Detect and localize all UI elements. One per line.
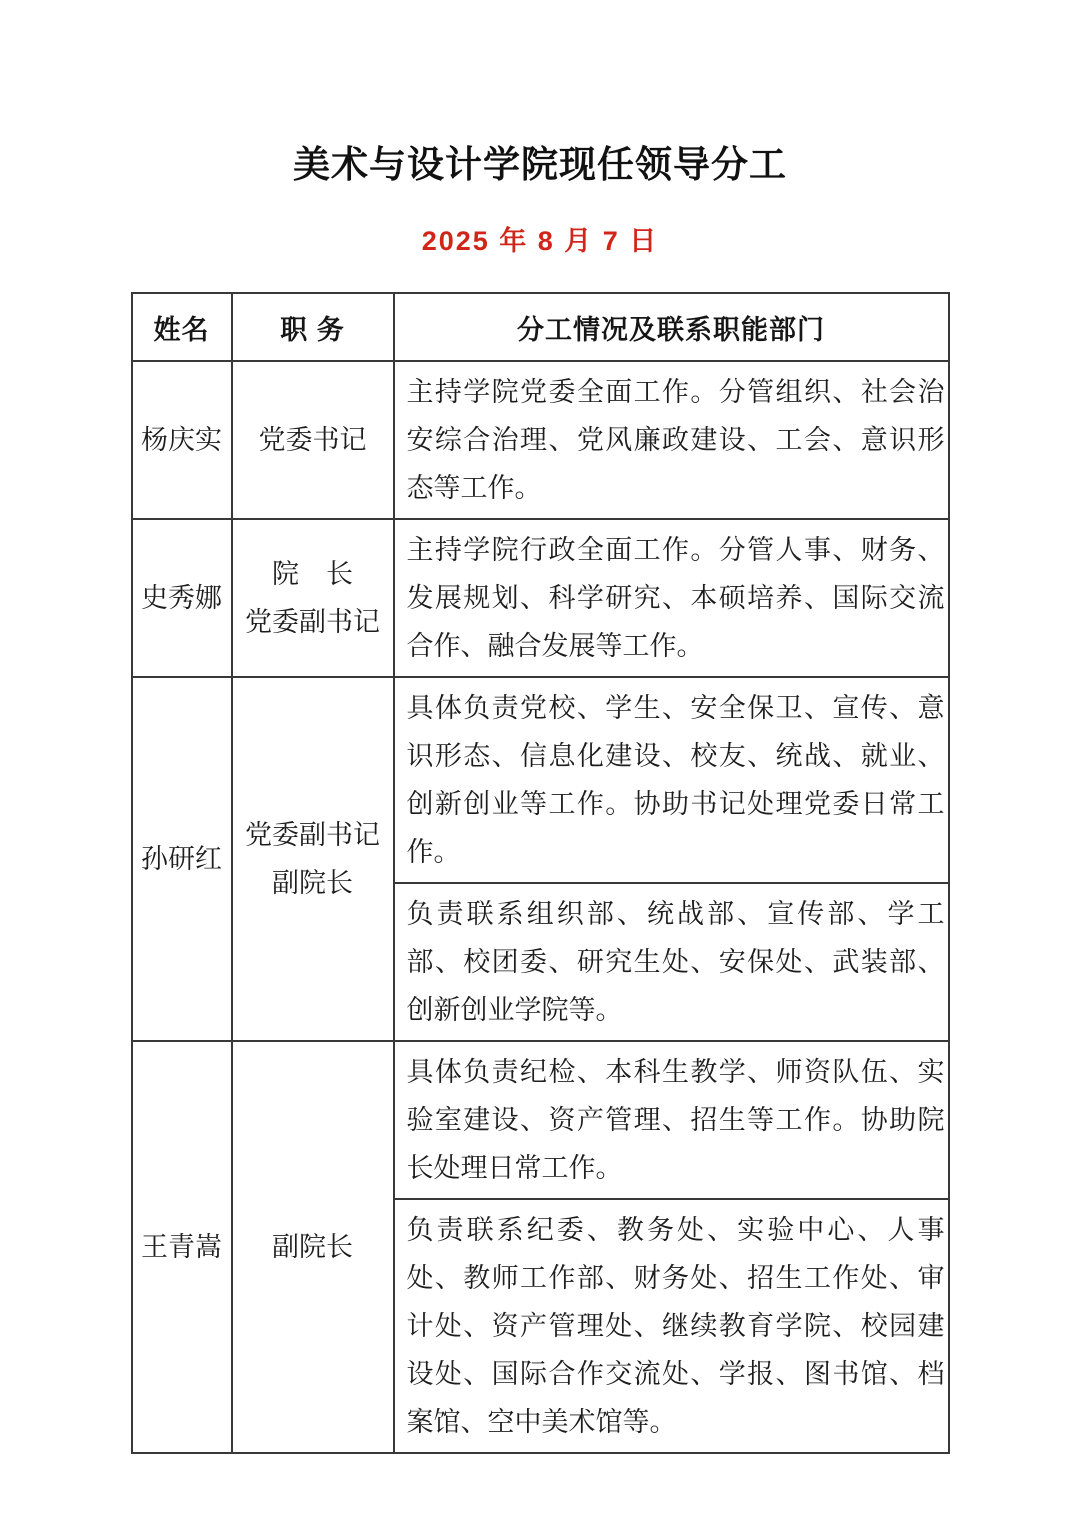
position-line: 副院长 [233, 1223, 393, 1271]
position-cell: 副院长 [232, 1041, 394, 1453]
duty-cell: 主持学院党委全面工作。分管组织、社会治安综合治理、党风廉政建设、工会、意识形态等… [394, 361, 949, 519]
position-line: 党委副书记 [233, 811, 393, 859]
duty-cell: 具体负责党校、学生、安全保卫、宣传、意识形态、信息化建设、校友、统战、就业、创新… [394, 677, 949, 883]
page-title: 美术与设计学院现任领导分工 [0, 0, 1080, 188]
position-line: 副院长 [233, 859, 393, 907]
position-cell: 院 长 党委副书记 [232, 519, 394, 677]
duty-cell: 负责联系组织部、统战部、宣传部、学工部、校团委、研究生处、安保处、武装部、创新创… [394, 883, 949, 1041]
table-row: 史秀娜 院 长 党委副书记 主持学院行政全面工作。分管人事、财务、发展规划、科学… [132, 519, 949, 677]
header-position: 职 务 [232, 293, 394, 361]
leadership-table: 姓名 职 务 分工情况及联系职能部门 杨庆实 党委书记 主持学院党委全面工作。分… [131, 292, 950, 1454]
table-row: 杨庆实 党委书记 主持学院党委全面工作。分管组织、社会治安综合治理、党风廉政建设… [132, 361, 949, 519]
name-cell: 孙研红 [132, 677, 232, 1041]
position-line: 党委副书记 [233, 598, 393, 646]
position-line: 院 长 [233, 550, 393, 598]
name-cell: 杨庆实 [132, 361, 232, 519]
duty-cell: 具体负责纪检、本科生教学、师资队伍、实验室建设、资产管理、招生等工作。协助院长处… [394, 1041, 949, 1199]
name-cell: 王青嵩 [132, 1041, 232, 1453]
position-cell: 党委书记 [232, 361, 394, 519]
position-cell: 党委副书记 副院长 [232, 677, 394, 1041]
duty-cell: 主持学院行政全面工作。分管人事、财务、发展规划、科学研究、本硕培养、国际交流合作… [394, 519, 949, 677]
header-name: 姓名 [132, 293, 232, 361]
table-header-row: 姓名 职 务 分工情况及联系职能部门 [132, 293, 949, 361]
date-label: 2025 年 8 月 7 日 [0, 219, 1080, 258]
position-line: 党委书记 [233, 416, 393, 464]
name-cell: 史秀娜 [132, 519, 232, 677]
duty-cell: 负责联系纪委、教务处、实验中心、人事处、教师工作部、财务处、招生工作处、审计处、… [394, 1199, 949, 1453]
header-duty: 分工情况及联系职能部门 [394, 293, 949, 361]
table-row: 王青嵩 副院长 具体负责纪检、本科生教学、师资队伍、实验室建设、资产管理、招生等… [132, 1041, 949, 1199]
table-row: 孙研红 党委副书记 副院长 具体负责党校、学生、安全保卫、宣传、意识形态、信息化… [132, 677, 949, 883]
